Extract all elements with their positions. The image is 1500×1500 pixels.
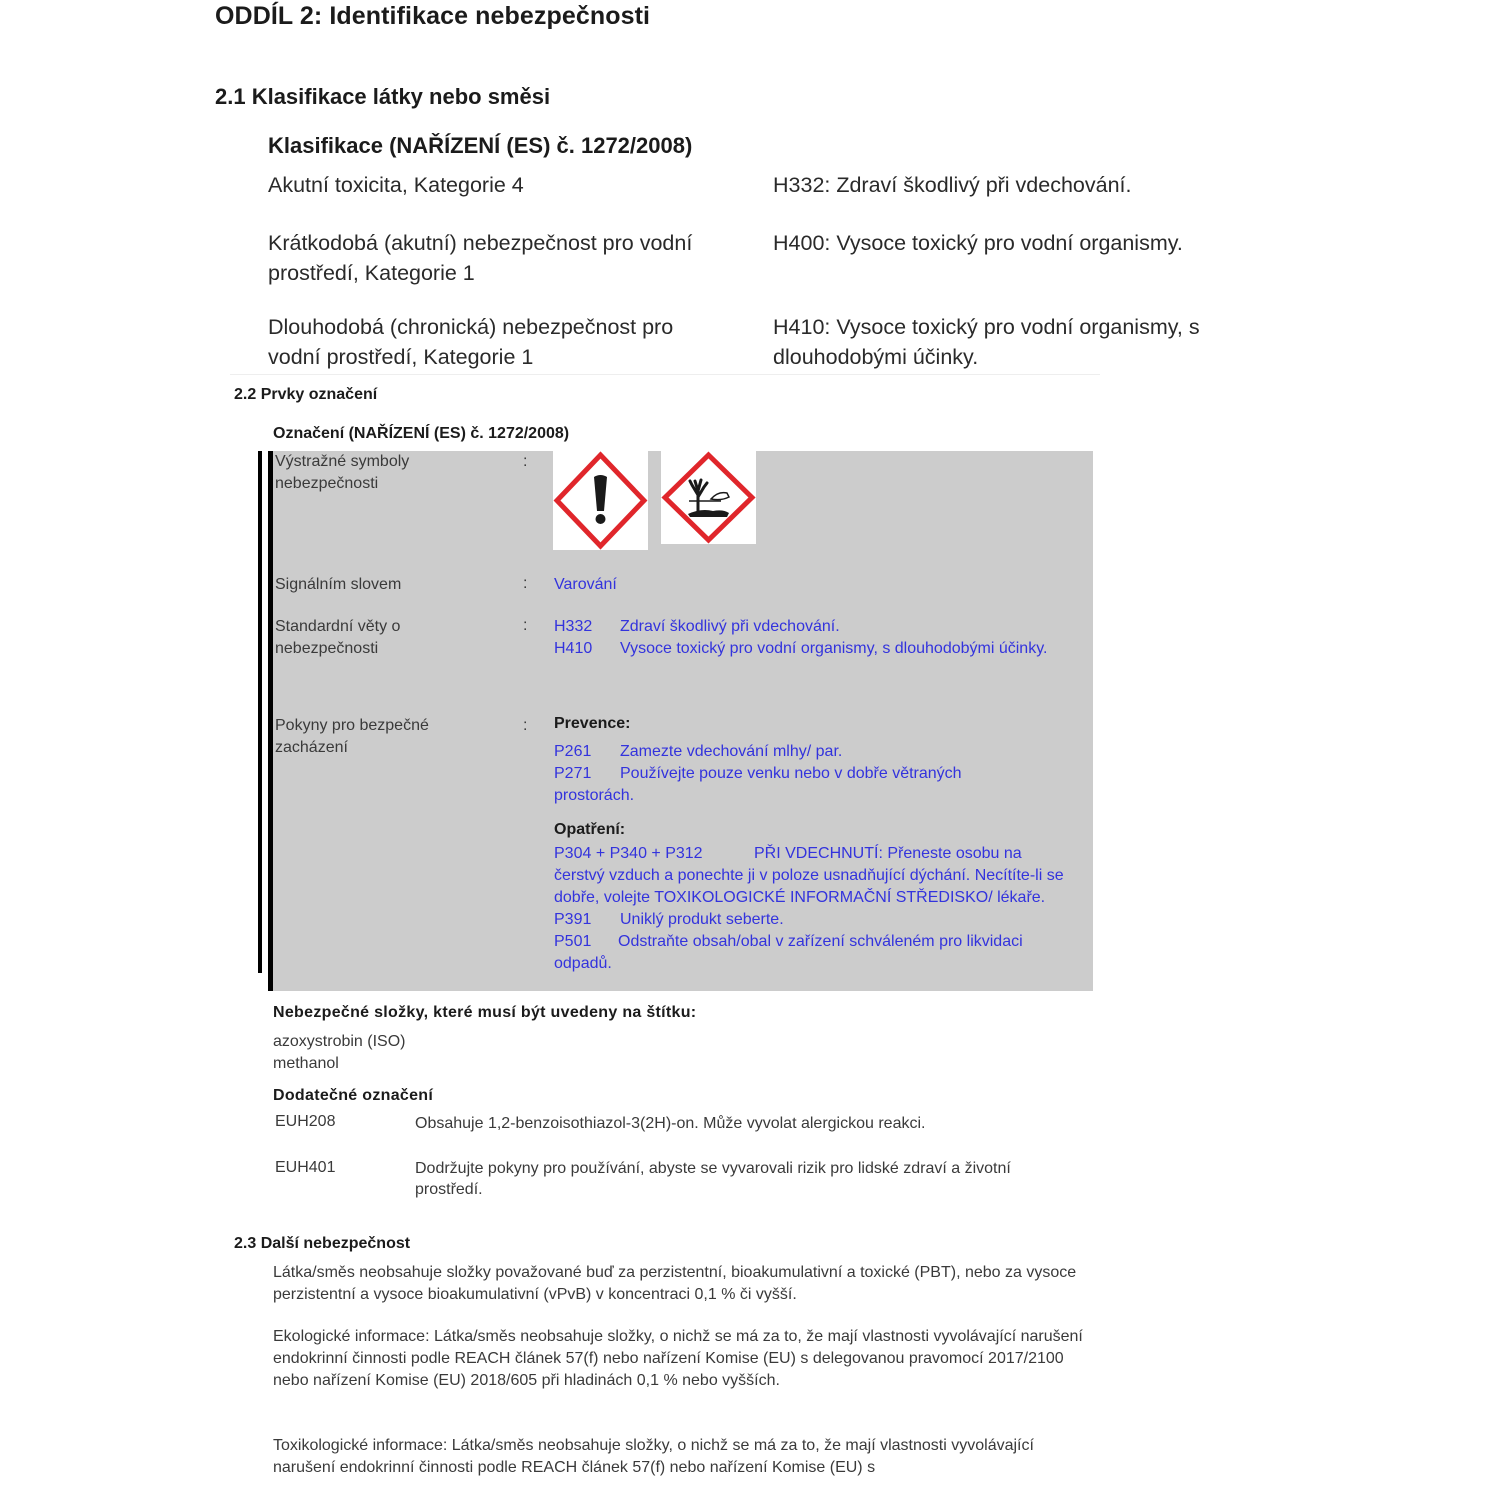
classification-category: Dlouhodobá (chronická) nebezpečnost pro … — [268, 312, 698, 372]
classification-category: Akutní toxicita, Kategorie 4 — [268, 170, 738, 200]
divider — [230, 374, 1100, 375]
hazard-statement: H332Zdraví škodlivý při vdechování. — [554, 616, 1074, 638]
toxicological-info-paragraph: Toxikologické informace: Látka/směs neob… — [273, 1435, 1088, 1479]
pictograms-label: Výstražné symboly nebezpečnosti — [275, 451, 505, 495]
precautionary-statement: P501Odstraňte obsah/obal v zařízení schv… — [554, 931, 1069, 975]
precautionary-statement: P271Používejte pouze venku nebo v dobře … — [554, 763, 1034, 807]
hazard-statement: H410Vysoce toxický pro vodní organismy, … — [554, 638, 1074, 660]
hazardous-components-title: Nebezpečné složky, které musí být uveden… — [273, 1004, 696, 1022]
environment-pictogram-icon — [661, 451, 756, 544]
euh-text: Obsahuje 1,2-benzoisothiazol-3(2H)-on. M… — [415, 1113, 1075, 1134]
precautionary-code: P304 + P340 + P312 — [554, 843, 754, 865]
euh-code: EUH208 — [275, 1113, 335, 1131]
euh-code: EUH401 — [275, 1159, 335, 1177]
exclamation-mark-pictogram-icon — [553, 451, 648, 550]
response-title: Opatření: — [554, 819, 1034, 841]
revision-bar — [268, 451, 273, 991]
signal-word-value: Varování — [554, 574, 1074, 596]
other-hazards-paragraph: Látka/směs neobsahuje složky považované … — [273, 1262, 1083, 1306]
precautionary-statement: P304 + P340 + P312PŘI VDECHNUTÍ: Přenest… — [554, 843, 1064, 909]
precautionary-text: Odstraňte obsah/obal v zařízení schválen… — [554, 933, 1023, 972]
precautionary-code: P271 — [554, 763, 620, 785]
supplemental-labelling-title: Dodatečné označení — [273, 1087, 433, 1105]
hazard-text: Zdraví škodlivý při vdechování. — [620, 618, 840, 635]
hazardous-component: azoxystrobin (ISO) — [273, 1031, 405, 1053]
hazardous-component: methanol — [273, 1053, 339, 1075]
signal-word-label: Signálním slovem — [275, 574, 505, 596]
precautionary-statement: P391Uniklý produkt seberte. — [554, 909, 1034, 931]
colon-separator: : — [523, 617, 527, 635]
precautionary-text: Uniklý produkt seberte. — [620, 911, 784, 928]
precautionary-code: P391 — [554, 909, 620, 931]
section-title: ODDÍL 2: Identifikace nebezpečnosti — [215, 2, 650, 31]
subsection-2-2-title: 2.2 Prvky označení — [234, 386, 377, 404]
hazard-statements-label: Standardní věty o nebezpečnosti — [275, 616, 435, 660]
ecological-info-paragraph: Ekologické informace: Látka/směs neobsah… — [273, 1326, 1083, 1392]
classification-regulation-title: Klasifikace (NAŘÍZENÍ (ES) č. 1272/2008) — [268, 133, 692, 159]
precautionary-statement: P261Zamezte vdechování mlhy/ par. — [554, 741, 1034, 763]
classification-statement: H332: Zdraví škodlivý při vdechování. — [773, 170, 1293, 200]
hazard-text: Vysoce toxický pro vodní organismy, s dl… — [620, 640, 1047, 657]
classification-statement: H410: Vysoce toxický pro vodní organismy… — [773, 312, 1273, 372]
colon-separator: : — [523, 717, 527, 735]
labelling-regulation-title: Označení (NAŘÍZENÍ (ES) č. 1272/2008) — [273, 425, 569, 443]
precautionary-code: P261 — [554, 741, 620, 763]
colon-separator: : — [523, 575, 527, 593]
classification-statement: H400: Vysoce toxický pro vodní organismy… — [773, 228, 1293, 258]
hazard-code: H410 — [554, 638, 620, 660]
prevention-title: Prevence: — [554, 713, 1034, 735]
hazard-code: H332 — [554, 616, 620, 638]
precautionary-list: Prevence: P261Zamezte vdechování mlhy/ p… — [554, 713, 1034, 975]
subsection-2-3-title: 2.3 Další nebezpečnost — [234, 1235, 410, 1253]
colon-separator: : — [523, 453, 527, 471]
precautionary-code: P501 — [554, 931, 618, 953]
subsection-2-1-title: 2.1 Klasifikace látky nebo směsi — [215, 84, 550, 110]
hazard-statements-list: H332Zdraví škodlivý při vdechování. H410… — [554, 616, 1074, 660]
revision-bar — [258, 451, 262, 973]
precautionary-label: Pokyny pro bezpečné zacházení — [275, 715, 455, 759]
euh-text: Dodržujte pokyny pro používání, abyste s… — [415, 1158, 1065, 1200]
precautionary-text: Zamezte vdechování mlhy/ par. — [620, 743, 842, 760]
classification-category: Krátkodobá (akutní) nebezpečnost pro vod… — [268, 228, 708, 288]
